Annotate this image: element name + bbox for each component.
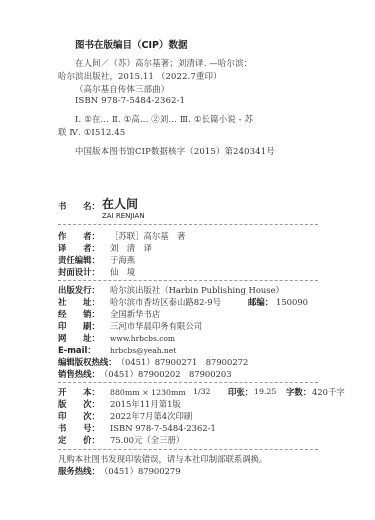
price-label: 定 价： (58, 434, 110, 446)
editorial-hotline-label: 编辑版权热线： (58, 356, 117, 368)
printer-value: 三河市华晨印务有限公司 (110, 321, 202, 331)
editor-label: 责任编辑： (58, 254, 110, 266)
cip-line-1: 在人间／（苏）高尔基著；刘清译. —哈尔滨： (75, 57, 252, 69)
edition-value: 2015年11月第1版 (110, 399, 181, 409)
edition-row: 版 次：2015年11月第1版 (58, 398, 181, 410)
cip-title: 图书在版编目（CIP）数据 (75, 37, 187, 51)
price-row: 定 价：75.00元（全三册） (58, 434, 184, 446)
distributor-row: 经 销：全国新华书店 (58, 308, 160, 320)
credit-cover-design: 封面设计：仙 境 (58, 266, 135, 278)
translator-value: 刘 清 译 (110, 243, 152, 253)
printing-label: 印 次： (58, 410, 110, 422)
email-link[interactable]: hrbcbs@yeah.net (110, 346, 176, 355)
format-fraction: 1/32 (193, 386, 211, 398)
website-link[interactable]: www.hrbcbs.com (110, 334, 175, 343)
cip-line-3: （高尔基自传体三部曲） (75, 83, 169, 95)
book-title-label: 书 名： (58, 200, 100, 212)
format-row: 开 本：880mm × 1230mm 1/32 印张： 19.25 字数： 42… (58, 386, 186, 398)
book-title: 在人间 (102, 195, 138, 212)
service-hotline-value: （0451）87900279 (100, 466, 181, 476)
format-label: 开 本： (58, 386, 110, 398)
isbn-value: ISBN 978-7-5484-2362-1 (110, 423, 216, 433)
cip-isbn: ISBN 978-7-5484-2362-1 (75, 95, 185, 105)
sheets-value: 19.25 (254, 386, 276, 398)
editorial-hotline-value: （0451）87900271 87900272 (117, 357, 249, 367)
divider (58, 280, 318, 281)
printer-row: 印 刷：三河市华晨印务有限公司 (58, 320, 202, 332)
editor-value: 于海燕 (110, 255, 135, 265)
isbn-row: 书 号：ISBN 978-7-5484-2362-1 (58, 422, 216, 434)
distributor-value: 全国新华书店 (110, 309, 160, 319)
address-value: 哈尔滨市香坊区泰山路82-9号 (110, 297, 221, 307)
postcode-label: 邮编： (248, 296, 273, 308)
publisher-label: 出版发行： (58, 284, 110, 296)
author-label: 作 者： (58, 230, 110, 242)
edition-label: 版 次： (58, 398, 110, 410)
printing-value: 2022年7月第4次印刷 (110, 411, 192, 421)
notice-text: 凡购本社图书发现印装错误，请与本社印制部联系调换。 (58, 454, 267, 464)
printer-label: 印 刷： (58, 320, 110, 332)
divider (58, 449, 318, 450)
cip-catalog-number: 中国版本图书馆CIP数据核字（2015）第240341号 (75, 145, 275, 157)
postcode-value: 150090 (276, 296, 308, 308)
publisher-value: 哈尔滨出版社（Harbin Publishing House） (110, 285, 284, 295)
email-row: E-mail：hrbcbs@yeah.net (58, 344, 176, 356)
credit-author: 作 者：［苏联］高尔基 著 (58, 230, 185, 242)
sales-hotline-value: （0451）87900202 87900203 (100, 369, 232, 379)
service-hotline-label: 服务热线： (58, 465, 100, 477)
cip-line-2: 哈尔滨出版社，2015.11 （2022.7重印） (58, 70, 222, 82)
credit-editor: 责任编辑：于海燕 (58, 254, 135, 266)
cip-classification-2: 联 Ⅳ. ①I512.45 (58, 126, 125, 138)
footer-notice: 凡购本社图书发现印装错误，请与本社印制部联系调换。 (58, 453, 267, 465)
credit-translator: 译 者：刘 清 译 (58, 242, 152, 254)
price-value: 75.00元（全三册） (110, 435, 184, 445)
printing-row: 印 次：2022年7月第4次印刷 (58, 410, 192, 422)
sales-hotline-label: 销售热线： (58, 368, 100, 380)
editorial-hotline-row: 编辑版权热线：（0451）87900271 87900272 (58, 356, 248, 368)
address-label: 社 址： (58, 296, 110, 308)
cover-design-value: 仙 境 (110, 267, 135, 277)
sales-hotline-row: 销售热线：（0451）87900202 87900203 (58, 368, 232, 380)
website-label: 网 址： (58, 332, 110, 344)
sheets-label: 印张： (228, 386, 253, 398)
cip-classification-1: Ⅰ. ①在… Ⅱ. ①高… ②刘… Ⅲ. ①长篇小说 - 苏 (75, 113, 253, 125)
email-label: E-mail： (58, 344, 110, 356)
divider (58, 382, 318, 383)
website-row: 网 址：www.hrbcbs.com (58, 332, 175, 344)
service-hotline-row: 服务热线：（0451）87900279 (58, 465, 181, 477)
words-value: 420千字 (312, 386, 345, 398)
copyright-page: 图书在版编目（CIP）数据 在人间／（苏）高尔基著；刘清译. —哈尔滨： 哈尔滨… (0, 0, 375, 520)
cover-design-label: 封面设计： (58, 266, 110, 278)
book-title-pinyin: ZAI RENJIAN (102, 212, 145, 220)
distributor-label: 经 销： (58, 308, 110, 320)
author-value: ［苏联］高尔基 著 (110, 231, 185, 241)
isbn-label: 书 号： (58, 422, 110, 434)
publisher-row: 出版发行：哈尔滨出版社（Harbin Publishing House） (58, 284, 284, 296)
divider (58, 224, 318, 225)
words-label: 字数： (286, 386, 311, 398)
translator-label: 译 者： (58, 242, 110, 254)
address-row: 社 址：哈尔滨市香坊区泰山路82-9号 邮编： 150090 (58, 296, 221, 308)
format-value: 880mm × 1230mm (110, 388, 186, 397)
